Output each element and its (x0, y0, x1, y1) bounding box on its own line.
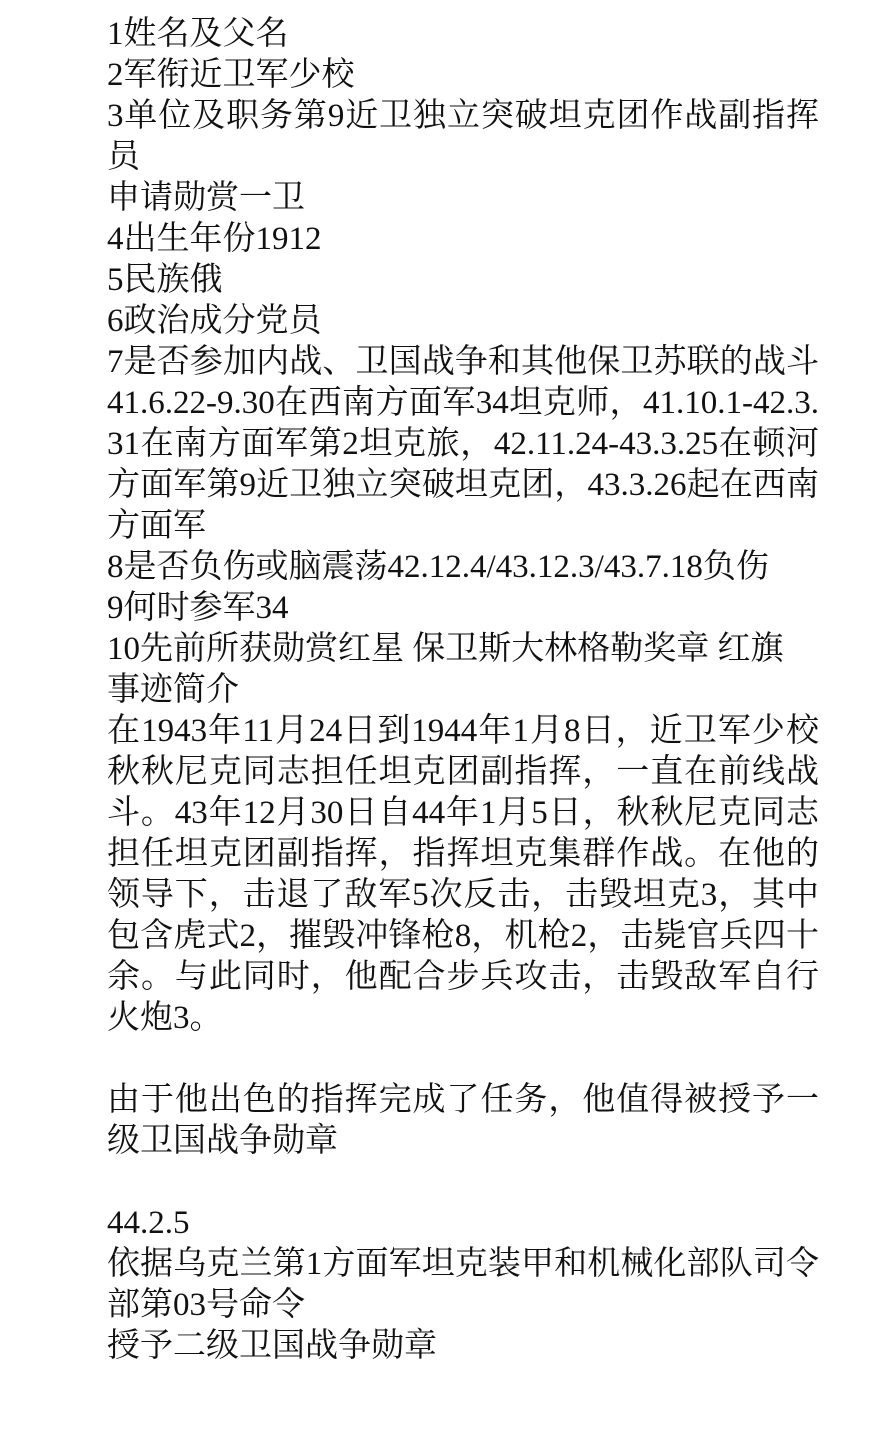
order-date: 44.2.5 (107, 1203, 819, 1244)
order-basis: 依据乌克兰第1方面军坦克装甲和机械化部队司令部第03号命令 (107, 1244, 819, 1326)
field-previous-awards: 10先前所获勋赏红星 保卫斯大林格勒奖章 红旗 (107, 629, 819, 670)
field-party-status: 6政治成分党员 (107, 301, 819, 342)
field-rank: 2军衔近卫军少校 (107, 55, 819, 96)
summary-heading: 事迹简介 (107, 670, 819, 711)
conclusion-text: 由于他出色的指挥完成了任务，他值得被授予一级卫国战争勋章 (107, 1080, 819, 1162)
spacer (107, 1162, 819, 1203)
document-body: 1姓名及父名 2军衔近卫军少校 3单位及职务第9近卫独立突破坦克团作战副指挥员 … (107, 14, 819, 1367)
field-unit-position: 3单位及职务第9近卫独立突破坦克团作战副指挥员 (107, 96, 819, 178)
field-enlistment: 9何时参军34 (107, 588, 819, 629)
field-nationality: 5民族俄 (107, 260, 819, 301)
field-combat-service: 7是否参加内战、卫国战争和其他保卫苏联的战斗41.6.22-9.30在西南方面军… (107, 342, 819, 547)
order-award: 授予二级卫国战争勋章 (107, 1326, 819, 1367)
spacer (107, 1039, 819, 1080)
summary-body: 在1943年11月24日到1944年1月8日，近卫军少校秋秋尼克同志担任坦克团副… (107, 711, 819, 1039)
field-name: 1姓名及父名 (107, 14, 819, 55)
field-award-requested: 申请勋赏一卫 (107, 178, 819, 219)
field-birth-year: 4出生年份1912 (107, 219, 819, 260)
field-wounds: 8是否负伤或脑震荡42.12.4/43.12.3/43.7.18负伤 (107, 547, 819, 588)
